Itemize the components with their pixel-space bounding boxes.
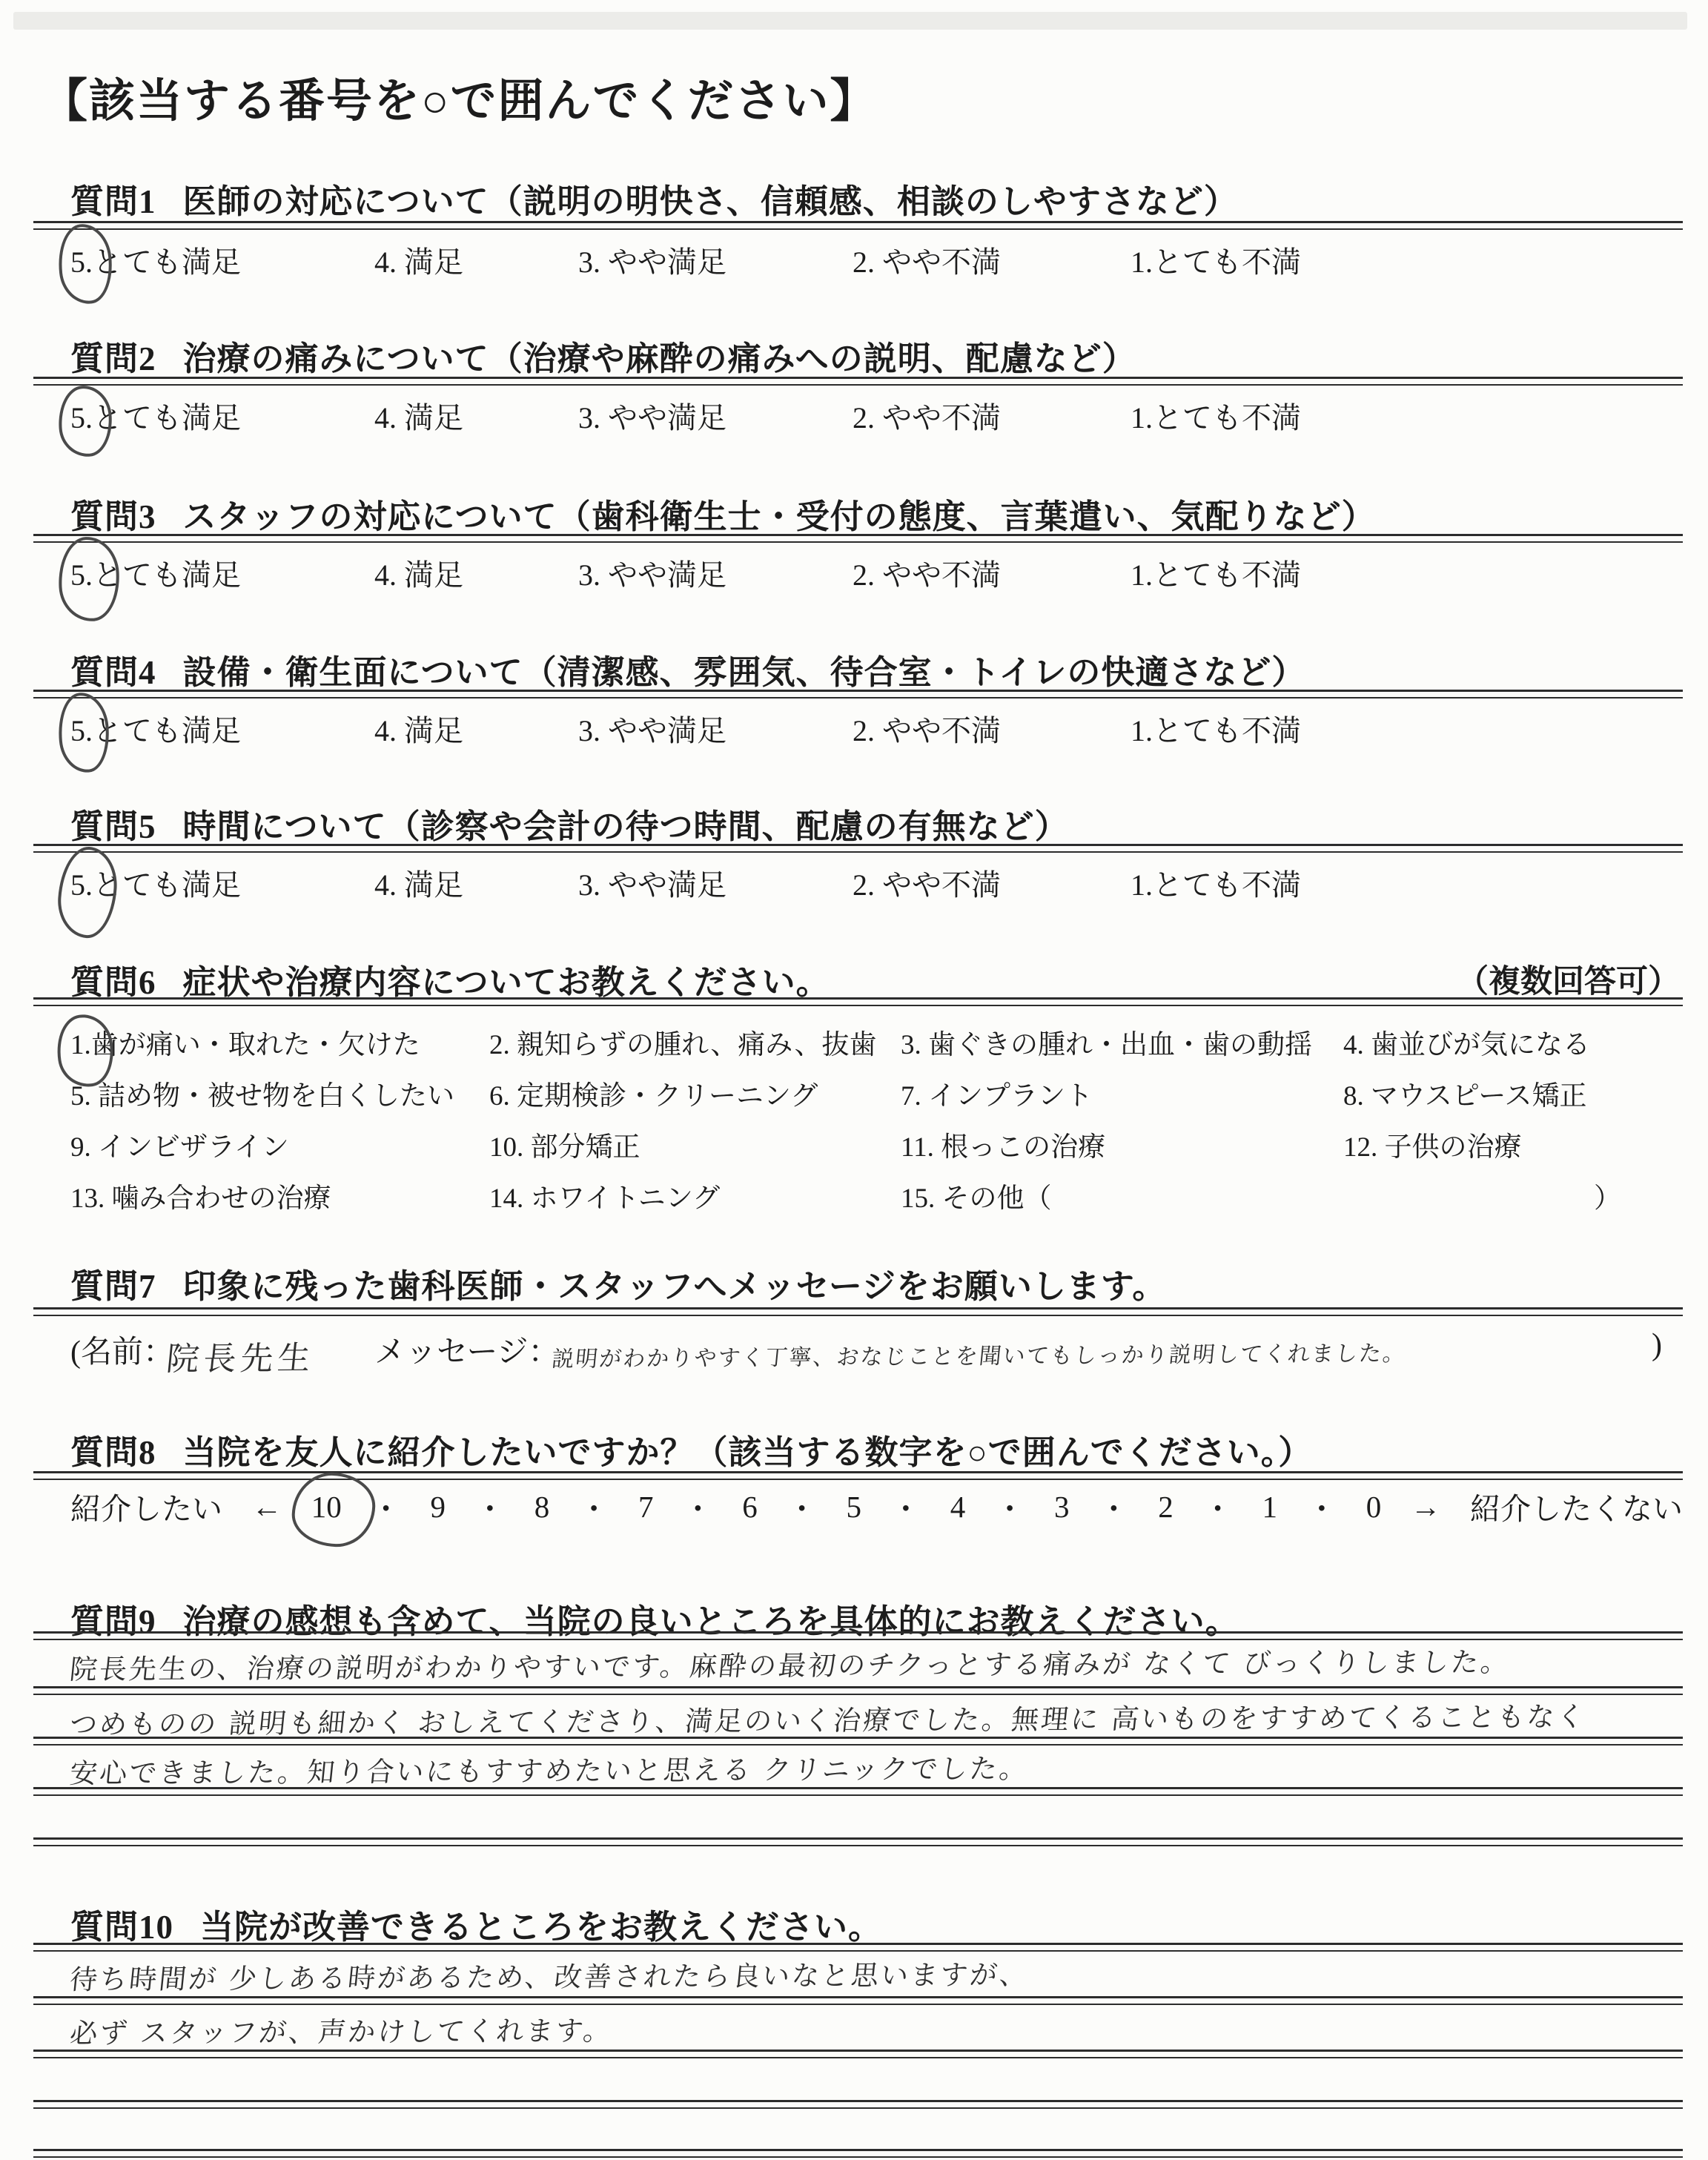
circled-answer-mark: [55, 690, 112, 775]
question-title: スタッフの対応について（歯科衛生士・受付の態度、言葉遣い、気配りなど）: [183, 498, 1376, 535]
rating-option-1: 1.とても不満: [1131, 707, 1301, 750]
handwritten-comment-line: 必ず スタッフが、声かけしてくれます。: [68, 2008, 615, 2051]
handwritten-name: 院長先生: [165, 1331, 317, 1379]
scan-artifact-band: [13, 12, 1687, 30]
circled-answer-mark: [291, 1471, 376, 1548]
circled-answer-mark: [56, 845, 119, 939]
rating-option-5: 5.とても満足: [70, 239, 241, 281]
question-number: 質問1: [70, 183, 156, 220]
rating-option-3: 3. やや満足: [578, 239, 726, 281]
option-label: とても満足: [93, 714, 241, 747]
handwritten-message: 説明がわかりやすく丁寧、おなじことを聞いてもしっかり説明してくれました。: [550, 1335, 1408, 1373]
symptom-option-2: 2. 親知らずの腫れ、痛み、抜歯: [489, 1022, 876, 1062]
question-4-options: 5.とても満足 4. 満足 3. やや満足 2. やや不満 1.とても不満: [0, 707, 1708, 755]
scale-number-6: 6: [742, 1489, 758, 1525]
dot-separator: ・: [474, 1484, 505, 1528]
question-10-header: 質問10当院が改善できるところをお教えください。: [70, 1900, 882, 1948]
rating-option-2: 2. やや不満: [853, 239, 1001, 281]
rating-option-4: 4. 満足: [374, 552, 463, 594]
rule-line: [33, 534, 1683, 543]
symptom-option-15: 15. その他（: [901, 1175, 1052, 1215]
question-7-header: 質問7印象に残った歯科医師・スタッフへメッセージをお願いします。: [70, 1259, 1166, 1307]
rating-option-1: 1.とても不満: [1131, 239, 1301, 281]
rating-option-2: 2. やや不満: [853, 862, 1001, 904]
question-title: 治療の痛みについて（治療や麻酔の痛みへの説明、配慮など）: [183, 340, 1136, 377]
dot-separator: ・: [683, 1484, 713, 1528]
question-8-header: 質問8当院を友人に紹介したいですか？（該当する数字を○で囲んでください。）: [70, 1425, 1312, 1473]
scale-number-1: 1: [1262, 1489, 1278, 1525]
question-2-options: 5.とても満足 4. 満足 3. やや満足 2. やや不満 1.とても不満: [0, 394, 1708, 442]
rule-line: [33, 2149, 1683, 2158]
symptom-option-11: 11. 根っこの治療: [901, 1124, 1105, 1164]
rating-option-5: 5.とても満足: [70, 394, 241, 437]
rule-line: [33, 1471, 1683, 1480]
rating-option-5: 5.とても満足: [70, 552, 241, 594]
question-title: 当院が改善できるところをお教えください。: [200, 1909, 882, 1946]
question-title: 印象に残った歯科医師・スタッフへメッセージをお願いします。: [183, 1268, 1167, 1305]
scale-number-7: 7: [638, 1489, 654, 1525]
right-arrow-icon: →: [1411, 1489, 1441, 1525]
scale-number-4: 4: [950, 1489, 966, 1525]
question-number: 質問5: [70, 808, 156, 845]
question-number: 質問8: [70, 1434, 156, 1471]
dot-separator: ・: [579, 1484, 609, 1528]
question-1-header: 質問1医師の対応について（説明の明快さ、信頼感、相談のしやすさなど）: [70, 174, 1238, 222]
question-5-header: 質問5時間について（診察や会計の待つ時間、配慮の有無など）: [70, 799, 1069, 848]
question-title: 症状や治療内容についてお教えください。: [183, 964, 830, 1001]
handwritten-comment-line: つめものの 説明も細かく おしえてくださり、満足のいく治療でした。無理に 高いも…: [68, 1694, 1589, 1743]
rating-option-1: 1.とても不満: [1131, 394, 1301, 437]
handwritten-comment-line: 安心できました。知り合いにもすすめたいと思える クリニックでした。: [68, 1746, 1031, 1791]
dot-separator: ・: [1099, 1484, 1129, 1528]
rule-line: [33, 690, 1683, 698]
question-2-header: 質問2治療の痛みについて（治療や麻酔の痛みへの説明、配慮など）: [70, 331, 1136, 380]
handwritten-comment-line: 待ち時間が 少しある時があるため、改善されたら良いなと思いますが、: [68, 1952, 1031, 1998]
rule-line: [33, 377, 1683, 386]
question-1-options: 5.とても満足 4. 満足 3. やや満足 2. やや不満 1.とても不満: [0, 239, 1708, 286]
dot-separator: ・: [371, 1484, 401, 1528]
multi-answer-note: （複数回答可）: [1457, 957, 1680, 1002]
question-number: 質問2: [70, 340, 156, 377]
option-label: とても満足: [93, 245, 241, 279]
scale-number-3: 3: [1054, 1489, 1070, 1525]
symptom-option-10: 10. 部分矯正: [489, 1124, 640, 1164]
symptom-option-9: 9. インビザライン: [70, 1124, 289, 1164]
scale-right-label: 紹介したくない: [1470, 1484, 1683, 1528]
rule-line: [33, 1943, 1683, 1952]
question-5-options: 5.とても満足 4. 満足 3. やや満足 2. やや不満 1.とても不満: [0, 862, 1708, 909]
circled-answer-mark: [56, 384, 115, 459]
scale-number-10: 10: [311, 1489, 342, 1525]
rating-option-2: 2. やや不満: [853, 394, 1001, 437]
question-number: 質問10: [70, 1909, 173, 1946]
rule-line: [33, 1996, 1683, 2005]
dot-separator: ・: [995, 1484, 1025, 1528]
symptom-option-5: 5. 詰め物・被せ物を白くしたい: [70, 1073, 454, 1113]
dot-separator: ・: [787, 1484, 817, 1528]
scale-number-0: 0: [1366, 1489, 1382, 1525]
question-6-header: 質問6症状や治療内容についてお教えください。: [70, 955, 830, 1003]
rule-line: [33, 1307, 1683, 1316]
question-3-options: 5.とても満足 4. 満足 3. やや満足 2. やや不満 1.とても不満: [0, 552, 1708, 599]
symptom-option-12: 12. 子供の治療: [1343, 1124, 1522, 1164]
rating-option-4: 4. 満足: [374, 862, 463, 904]
question-title: 当院を友人に紹介したいですか？（該当する数字を○で囲んでください。）: [183, 1434, 1313, 1471]
symptom-option-4: 4. 歯並びが気になる: [1343, 1022, 1590, 1062]
dot-separator: ・: [1306, 1484, 1337, 1528]
symptom-option-13: 13. 噛み合わせの治療: [70, 1175, 331, 1215]
option-label: 歯が痛い・取れた・欠けた: [91, 1030, 420, 1060]
question-number: 質問4: [70, 654, 156, 691]
question-3-header: 質問3スタッフの対応について（歯科衛生士・受付の態度、言葉遣い、気配りなど）: [70, 489, 1376, 538]
rating-option-5: 5.とても満足: [70, 707, 241, 750]
question-title: 時間について（診察や会計の待つ時間、配慮の有無など）: [183, 808, 1069, 845]
form-title: 【該当する番号を○で囲んでください】: [42, 64, 877, 130]
rule-line: [33, 2050, 1683, 2058]
question-number: 質問6: [70, 964, 156, 1001]
rating-option-5: 5.とても満足: [70, 862, 241, 904]
answer-close-paren: ): [1652, 1327, 1662, 1363]
symptom-option-1: 1.歯が痛い・取れた・欠けた: [70, 1022, 420, 1062]
question-title: 設備・衛生面について（清潔感、雰囲気、待合室・トイレの快適さなど）: [183, 654, 1306, 691]
rule-line: [33, 997, 1683, 1006]
rating-option-3: 3. やや満足: [578, 552, 726, 594]
scale-number-2: 2: [1158, 1489, 1174, 1525]
handwritten-comment-line: 院長先生の、治療の説明がわかりやすいです。麻酔の最初のチクっとする痛みが なくて…: [68, 1639, 1513, 1687]
rule-line: [33, 1631, 1683, 1640]
scale-number-9: 9: [431, 1489, 446, 1525]
symptom-option-3: 3. 歯ぐきの腫れ・出血・歯の動揺: [901, 1022, 1312, 1062]
rating-option-2: 2. やや不満: [853, 707, 1001, 750]
nps-scale-row: 紹介したい ← 10 ・ 9 ・ 8 ・ 7 ・ 6 ・ 5 ・ 4 ・ 3 ・…: [70, 1484, 1683, 1528]
rating-option-4: 4. 満足: [374, 394, 463, 437]
symptom-option-7: 7. インプラント: [901, 1073, 1093, 1113]
rating-option-4: 4. 満足: [374, 707, 463, 750]
scale-number-5: 5: [847, 1489, 862, 1525]
question-4-header: 質問4設備・衛生面について（清潔感、雰囲気、待合室・トイレの快適さなど）: [70, 645, 1305, 693]
option-label: とても満足: [93, 401, 241, 435]
circled-answer-mark: [55, 222, 116, 307]
rule-line: [33, 1686, 1683, 1695]
circled-answer-mark: [56, 535, 122, 623]
rating-option-3: 3. やや満足: [578, 394, 726, 437]
rule-line: [33, 1837, 1683, 1846]
survey-form-page: 【該当する番号を○で囲んでください】 質問1医師の対応について（説明の明快さ、信…: [0, 0, 1708, 2160]
rating-option-4: 4. 満足: [374, 239, 463, 281]
scale-number-8: 8: [534, 1489, 550, 1525]
symptom-option-6: 6. 定期検診・クリーニング: [489, 1073, 818, 1113]
rating-option-3: 3. やや満足: [578, 862, 726, 904]
name-field-label: (名前：: [70, 1327, 174, 1372]
symptom-option-14: 14. ホワイトニング: [489, 1175, 720, 1215]
symptom-option-other-close-paren: ）: [1594, 1175, 1621, 1215]
rating-option-3: 3. やや満足: [578, 707, 726, 750]
symptom-option-8: 8. マウスピース矯正: [1343, 1073, 1587, 1113]
message-field-label: メッセージ：: [374, 1327, 559, 1372]
rating-option-1: 1.とても不満: [1131, 552, 1301, 594]
rule-line: [33, 844, 1683, 853]
rating-option-1: 1.とても不満: [1131, 862, 1301, 904]
rule-line: [33, 2100, 1683, 2109]
dot-separator: ・: [890, 1484, 921, 1528]
question-title: 医師の対応について（説明の明快さ、信頼感、相談のしやすさなど）: [183, 183, 1238, 220]
rating-option-2: 2. やや不満: [853, 552, 1001, 594]
question-number: 質問3: [70, 498, 156, 535]
rule-line: [33, 221, 1683, 230]
rule-line: [33, 1737, 1683, 1745]
scale-left-label: 紹介したい: [70, 1484, 222, 1528]
dot-separator: ・: [1202, 1484, 1233, 1528]
rule-line: [33, 1787, 1683, 1796]
question-number: 質問7: [70, 1268, 156, 1305]
left-arrow-icon: ←: [251, 1489, 282, 1525]
